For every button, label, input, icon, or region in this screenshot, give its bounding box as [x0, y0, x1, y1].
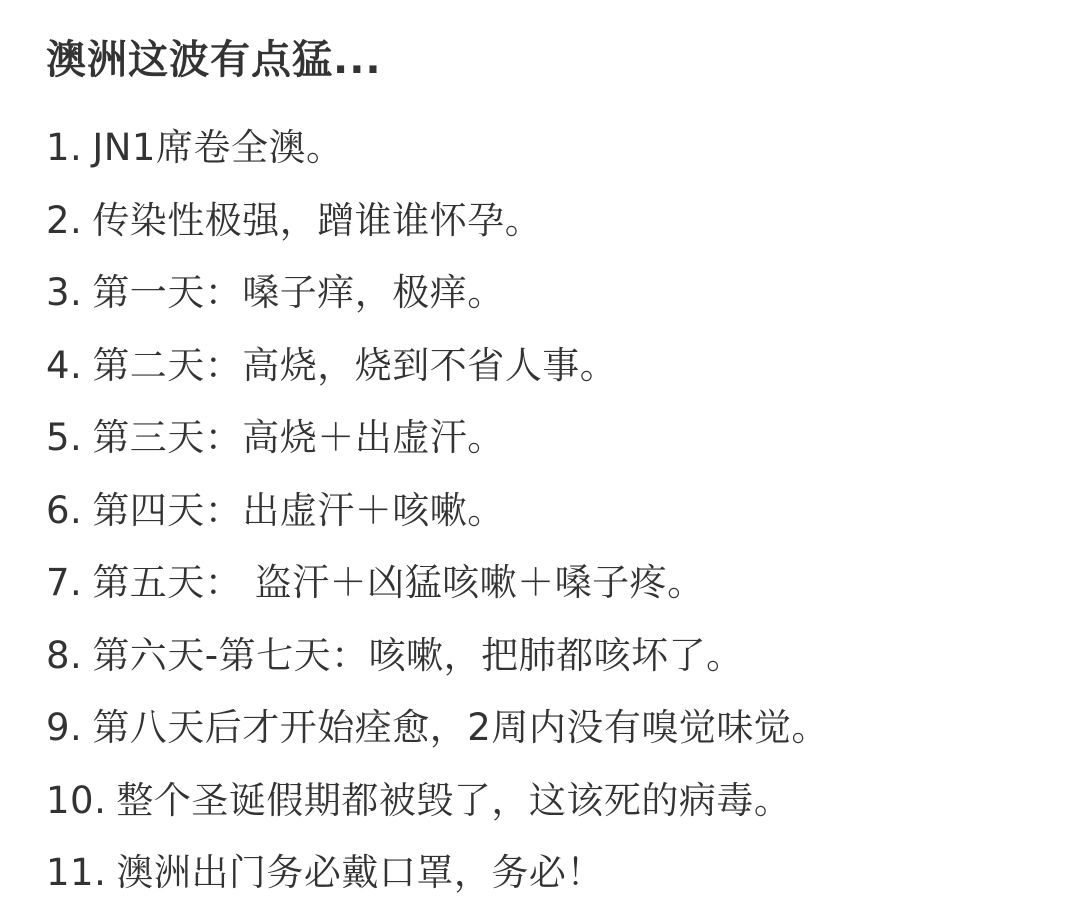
item-number: 8. [46, 634, 82, 677]
list-item: 1.JN1席卷全澳。 [46, 118, 829, 191]
item-number: 4. [46, 344, 82, 387]
item-text: JN1席卷全澳。 [92, 126, 343, 169]
list-item: 6.第四天：出虚汗＋咳嗽。 [46, 481, 829, 554]
item-number: 3. [46, 271, 82, 314]
item-text: 第五天： 盗汗＋凶猛咳嗽＋嗓子疼。 [92, 561, 704, 604]
item-text: 第三天：高烧＋出虚汗。 [92, 416, 505, 459]
item-number: 10. [46, 779, 106, 822]
item-text: 整个圣诞假期都被毁了，这该死的病毒。 [116, 779, 791, 822]
item-number: 5. [46, 416, 82, 459]
item-text: 澳洲出门务必戴口罩，务必！ [116, 851, 604, 894]
item-number: 2. [46, 199, 82, 242]
list-item: 2.传染性极强，蹭谁谁怀孕。 [46, 191, 829, 264]
post-title: 澳洲这波有点猛... [46, 30, 382, 90]
item-text: 第二天：高烧，烧到不省人事。 [92, 344, 617, 387]
list-item: 11.澳洲出门务必戴口罩，务必！ [46, 843, 829, 914]
list-item: 4.第二天：高烧，烧到不省人事。 [46, 336, 829, 409]
item-number: 1. [46, 126, 82, 169]
item-text: 第一天：嗓子痒，极痒。 [92, 271, 505, 314]
item-number: 9. [46, 706, 82, 749]
list-item: 5.第三天：高烧＋出虚汗。 [46, 408, 829, 481]
list-item: 10.整个圣诞假期都被毁了，这该死的病毒。 [46, 771, 829, 844]
list-item: 8.第六天-第七天：咳嗽，把肺都咳坏了。 [46, 626, 829, 699]
item-text: 第八天后才开始痊愈，2周内没有嗅觉味觉。 [92, 706, 829, 749]
item-text: 第四天：出虚汗＋咳嗽。 [92, 489, 505, 532]
item-number: 6. [46, 489, 82, 532]
item-text: 传染性极强，蹭谁谁怀孕。 [92, 199, 542, 242]
symptom-list: 1.JN1席卷全澳。 2.传染性极强，蹭谁谁怀孕。 3.第一天：嗓子痒，极痒。 … [46, 118, 829, 914]
item-text: 第六天-第七天：咳嗽，把肺都咳坏了。 [92, 634, 743, 677]
list-item: 3.第一天：嗓子痒，极痒。 [46, 263, 829, 336]
item-number: 11. [46, 851, 106, 894]
list-item: 7.第五天： 盗汗＋凶猛咳嗽＋嗓子疼。 [46, 553, 829, 626]
item-number: 7. [46, 561, 82, 604]
list-item: 9.第八天后才开始痊愈，2周内没有嗅觉味觉。 [46, 698, 829, 771]
